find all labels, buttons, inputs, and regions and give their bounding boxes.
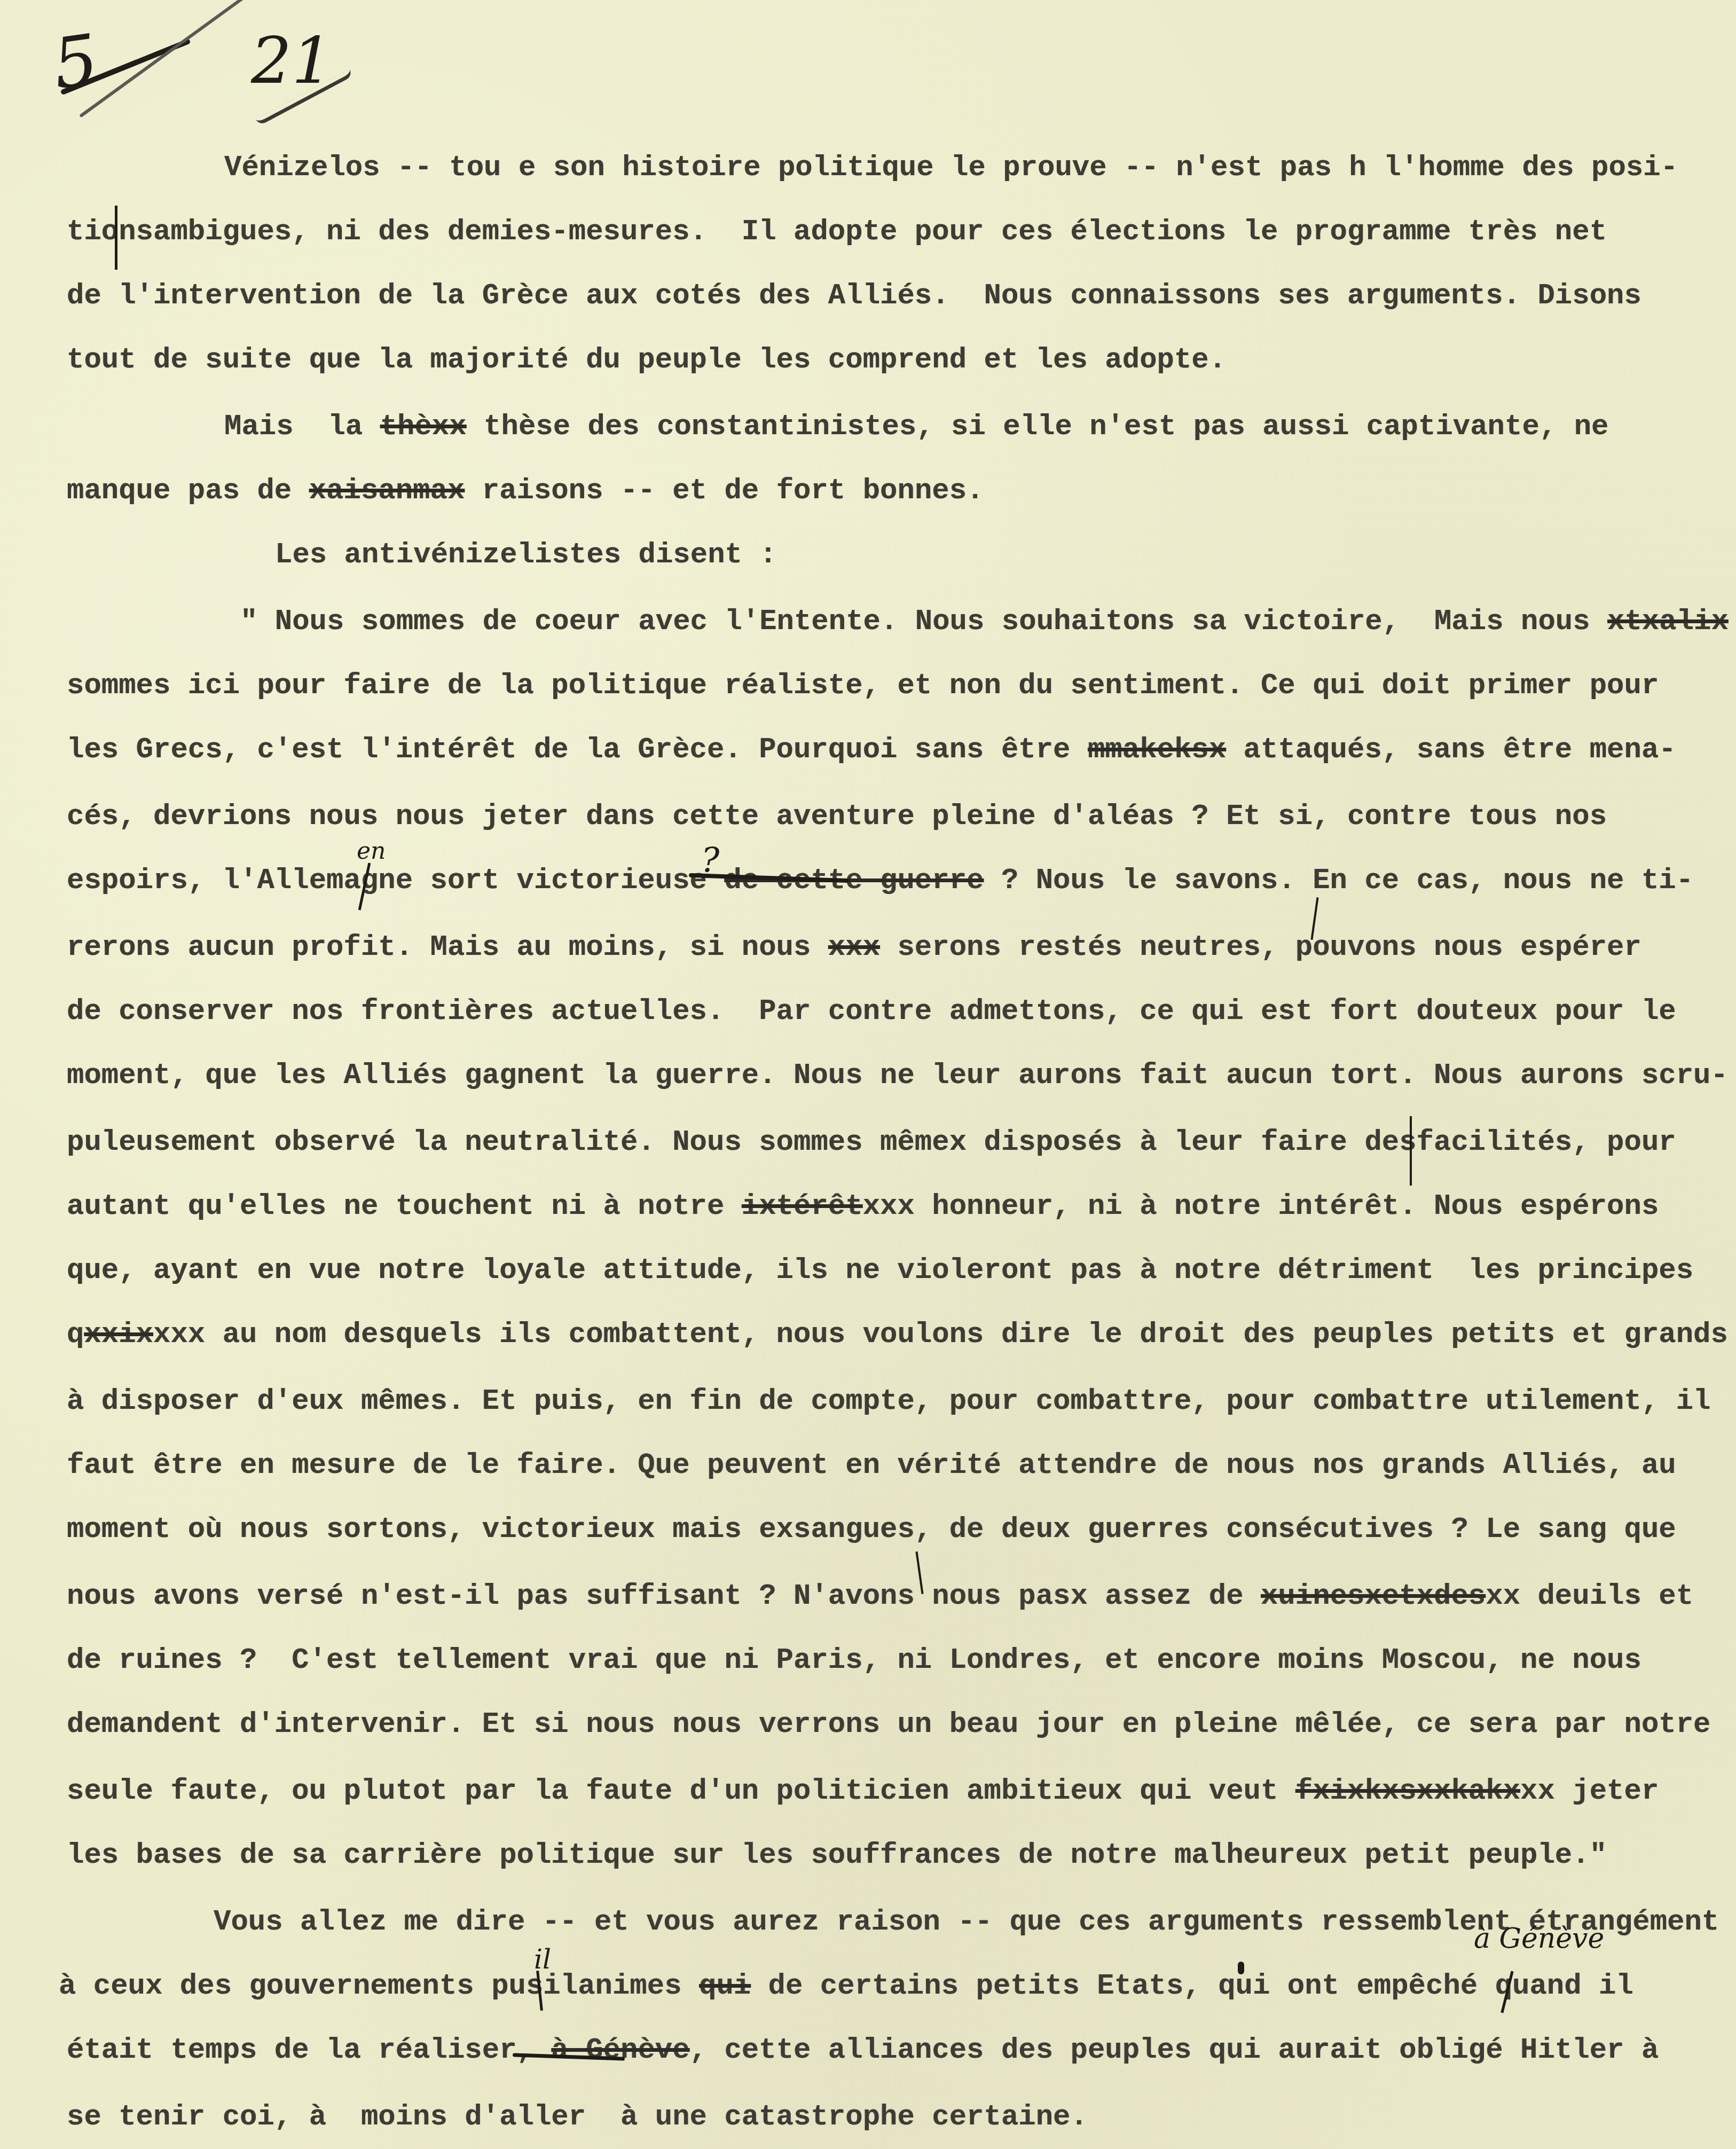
text-line: les Grecs, c'est l'intérêt de la Grèce. … (67, 734, 1676, 766)
text-line: de l'intervention de la Grèce aux cotés … (67, 280, 1641, 312)
struck-text: xuinesxetxdes (1261, 1580, 1486, 1613)
struck-text: xaisanmax (309, 475, 465, 507)
text-line: sommes ici pour faire de la politique ré… (67, 670, 1659, 702)
text-line: Vénizelos -- tou e son histoire politiqu… (224, 152, 1678, 184)
word-separator-mark (1410, 1116, 1412, 1186)
struck-text: de cette guerre (724, 865, 984, 897)
folio-slash-mark (79, 0, 262, 117)
struck-text: xtxalix (1607, 606, 1729, 638)
text-line: tionsambigues, ni des demies-mesures. Il… (67, 216, 1607, 248)
handwritten-insert-a-geneve: à Génève (1474, 1923, 1604, 1955)
text-line: à disposer d'eux mêmes. Et puis, en fin … (67, 1386, 1711, 1418)
text-line: manque pas de xaisanmax raisons -- et de… (67, 475, 984, 507)
text-line: nous avons versé n'est-il pas suffisant … (67, 1581, 1693, 1613)
text-line: autant qu'elles ne touchent ni à notre i… (67, 1191, 1659, 1223)
word-separator-mark (115, 206, 117, 270)
text-line: Mais la thèxx thèse des constantinistes,… (224, 411, 1608, 443)
text-line: moment où nous sortons, victorieux mais … (67, 1514, 1676, 1546)
text-line: de conserver nos frontières actuelles. P… (67, 996, 1676, 1028)
document-page: 5 21 Vénizelos -- tou e son histoire pol… (0, 0, 1736, 2149)
text-line: espoirs, l'Allemagne sort victorieuse de… (67, 865, 1693, 897)
struck-text: ixtérêt (742, 1190, 863, 1223)
text-line: moment, que les Alliés gagnent la guerre… (67, 1060, 1728, 1092)
text-line: puleusement observé la neutralité. Nous … (67, 1127, 1676, 1159)
struck-text: thèxx (380, 411, 467, 443)
struck-text: mmakeksx (1088, 734, 1226, 766)
struck-text: fxixkxsxxkakx (1295, 1775, 1520, 1808)
text-line: que, ayant en vue notre loyale attitude,… (67, 1255, 1693, 1287)
text-line: demandent d'intervenir. Et si nous nous … (67, 1709, 1711, 1741)
text-line: se tenir coi, à moins d'aller à une cata… (67, 2101, 1088, 2134)
text-line: de ruines ? C'est tellement vrai que ni … (67, 1645, 1641, 1677)
text-line: qxxixxxx au nom desquels ils combattent,… (67, 1319, 1728, 1351)
page-number-old: 5 (48, 19, 103, 105)
handwritten-insert-en: en (357, 837, 386, 865)
struck-text: xxx (828, 931, 880, 964)
text-line: les bases de sa carrière politique sur l… (67, 1840, 1607, 1872)
text-line: " Nous sommes de coeur avec l'Entente. N… (240, 606, 1729, 638)
text-line: était temps de la réaliser, à Génève, ce… (67, 2035, 1659, 2067)
text-line: faut être en mesure de le faire. Que peu… (67, 1450, 1676, 1482)
struck-text: qui (699, 1970, 751, 2003)
struck-text: à Génève (551, 2034, 689, 2067)
text-line: tout de suite que la majorité du peuple … (67, 344, 1226, 377)
text-line: rerons aucun profit. Mais au moins, si n… (67, 932, 1641, 964)
text-line: Les antivénizelistes disent : (275, 539, 777, 571)
text-line: cés, devrions nous nous jeter dans cette… (67, 801, 1607, 833)
text-line: seule faute, ou plutot par la faute d'un… (67, 1776, 1659, 1808)
text-line: à ceux des gouvernements pusilanimes qui… (59, 1971, 1633, 2003)
ink-dot-mark (1238, 1962, 1244, 1974)
struck-text: xxix (84, 1319, 153, 1351)
